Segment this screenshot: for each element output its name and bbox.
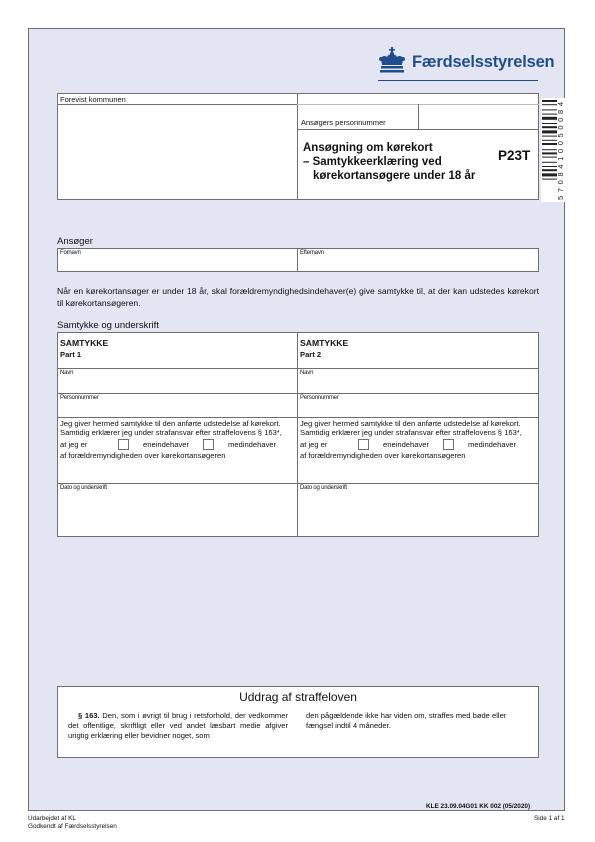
consent-statement: Jeg giver hermed samtykke til den anført… (300, 419, 534, 460)
medindehaver-checkbox[interactable] (443, 439, 454, 450)
forevist-kommunen-label: Forevist kommunen (60, 95, 126, 104)
barcode: 5708410050084 (541, 98, 565, 202)
personnummer-field[interactable] (419, 105, 539, 128)
efternavn-label: Efternavn (300, 250, 324, 256)
navn-field[interactable] (59, 377, 296, 392)
signature-label: Dato og underskrift (60, 485, 107, 491)
law-title: Uddrag af straffeloven (58, 690, 538, 704)
form-code: P23T (498, 148, 530, 163)
approved-by: Godkendt af Færdselsstyrelsen (28, 823, 117, 830)
consent-heading: SAMTYKKE Part 2 (300, 337, 348, 361)
consent-table: SAMTYKKE Part 1 Navn Personnummer Jeg gi… (57, 332, 539, 537)
consent-section-title: Samtykke og underskrift (57, 320, 159, 331)
applicant-name-box: Fornavn Efternavn (57, 248, 539, 272)
form-title-line-3: kørekortansøgere under 18 år (303, 169, 475, 183)
consent-heading-text: SAMTYKKE (60, 337, 108, 349)
forevist-kommunen-field[interactable] (59, 105, 296, 199)
eneindehaver-checkbox[interactable] (358, 439, 369, 450)
consent-heading-text: SAMTYKKE (300, 337, 348, 349)
personnummer-label: Personnummer (60, 395, 99, 401)
consent-heading: SAMTYKKE Part 1 (60, 337, 108, 361)
signature-field[interactable] (299, 492, 537, 535)
crown-icon (378, 47, 406, 78)
form-title-line-1: Ansøgning om kørekort (303, 141, 475, 155)
medindehaver-label: medindehaver (468, 440, 516, 449)
personnummer-field[interactable] (59, 402, 296, 416)
intro-text: Når en kørekortansøger er under 18 år, s… (57, 285, 539, 309)
header-box: Forevist kommunen Ansøgers personnummer … (57, 93, 539, 200)
eneindehaver-label: eneindehaver (383, 440, 443, 449)
medindehaver-label: medindehaver (228, 440, 276, 449)
law-col-2: den pågældende ikke har viden om, straff… (306, 711, 528, 731)
consent-statement-3: af forældremyndigheden over kørekortansø… (300, 451, 534, 460)
consent-statement-2: Samtidig erklærer jeg under strafansvar … (60, 428, 293, 437)
consent-part-label: Part 1 (60, 349, 108, 361)
navn-label: Navn (300, 370, 313, 376)
eneindehaver-checkbox[interactable] (118, 439, 129, 450)
barcode-number: 5708410050084 (556, 102, 565, 200)
fornavn-field[interactable] (59, 257, 295, 271)
at-jeg-er-label: at jeg er (300, 440, 358, 449)
efternavn-field[interactable] (300, 257, 536, 271)
law-col-1-text: Den, som i øvrigt til brug i retsforhold… (68, 711, 288, 740)
brand-name: Færdselsstyrelsen (412, 53, 554, 72)
personnummer-field[interactable] (299, 402, 537, 416)
consent-statement-3: af forældremyndigheden over kørekortansø… (60, 451, 293, 460)
consent-statement-1: Jeg giver hermed samtykke til den anført… (300, 419, 534, 428)
at-jeg-er-label: at jeg er (60, 440, 118, 449)
personnummer-label: Personnummer (300, 395, 339, 401)
eneindehaver-label: eneindehaver (143, 440, 203, 449)
consent-part-label: Part 2 (300, 349, 348, 361)
personnummer-label: Ansøgers personnummer (301, 118, 386, 127)
fornavn-label: Fornavn (60, 250, 81, 256)
medindehaver-checkbox[interactable] (203, 439, 214, 450)
navn-field[interactable] (299, 377, 537, 392)
applicant-section-title: Ansøger (57, 236, 93, 247)
signature-field[interactable] (59, 492, 296, 535)
page-number: Side 1 af 1 (534, 815, 565, 822)
logo-underline (378, 80, 538, 81)
consent-part-1: SAMTYKKE Part 1 Navn Personnummer Jeg gi… (58, 333, 297, 536)
custody-options: at jeg er eneindehaver medindehaver (60, 438, 293, 451)
signature-label: Dato og underskrift (300, 485, 347, 491)
law-col-1: § 163. Den, som i øvrigt til brug i rets… (68, 711, 288, 741)
form-title-line-2: – Samtykkeerklæring ved (303, 155, 475, 169)
consent-statement-1: Jeg giver hermed samtykke til den anført… (60, 419, 293, 428)
consent-statement: Jeg giver hermed samtykke til den anført… (60, 419, 293, 460)
prepared-by: Udarbejdet af KL (28, 815, 76, 822)
form-id: KLE 23.09.04G01 KK 002 (05/2020) (426, 803, 530, 810)
navn-label: Navn (60, 370, 73, 376)
custody-options: at jeg er eneindehaver medindehaver (300, 438, 534, 451)
consent-part-2: SAMTYKKE Part 2 Navn Personnummer Jeg gi… (298, 333, 538, 536)
brand-logo: Færdselsstyrelsen (378, 46, 554, 78)
consent-statement-2: Samtidig erklærer jeg under strafansvar … (300, 428, 534, 437)
law-paragraph-ref: § 163. (78, 711, 100, 720)
form-title: Ansøgning om kørekort – Samtykkeerklærin… (303, 141, 475, 183)
law-excerpt-box: Uddrag af straffeloven § 163. Den, som i… (57, 686, 539, 758)
